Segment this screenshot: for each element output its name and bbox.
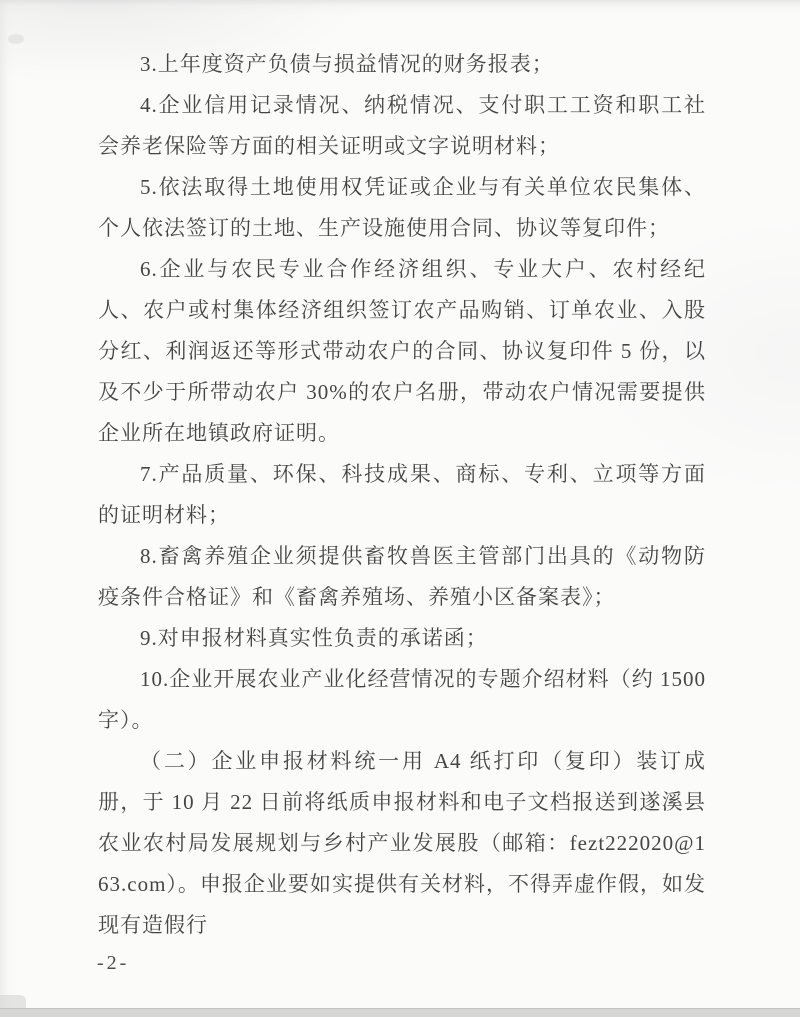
list-item-8: 8.畜禽养殖企业须提供畜牧兽医主管部门出具的《动物防疫条件合格证》和《畜禽养殖场… <box>98 536 706 618</box>
scan-artifact <box>8 34 24 44</box>
document-body: 3.上年度资产负债与损益情况的财务报表； 4.企业信用记录情况、纳税情况、支付职… <box>98 44 706 946</box>
paragraph-section-2: （二）企业申报材料统一用 A4 纸打印（复印）装订成册，于 10 月 22 日前… <box>98 741 706 946</box>
list-item-6: 6.企业与农民专业合作经济组织、专业大户、农村经纪人、农户或村集体经济组织签订农… <box>98 249 706 454</box>
list-item-4: 4.企业信用记录情况、纳税情况、支付职工工资和职工社会养老保险等方面的相关证明或… <box>98 85 706 167</box>
list-item-9: 9.对申报材料真实性负责的承诺函； <box>98 618 706 659</box>
list-item-10: 10.企业开展农业产业化经营情况的专题介绍材料（约 1500 字）。 <box>98 659 706 741</box>
scanned-document-page: 3.上年度资产负债与损益情况的财务报表； 4.企业信用记录情况、纳税情况、支付职… <box>0 0 800 1017</box>
list-item-7: 7.产品质量、环保、科技成果、商标、专利、立项等方面的证明材料； <box>98 454 706 536</box>
page-number: -2- <box>97 952 129 975</box>
scan-edge-bottom <box>0 1008 800 1017</box>
list-item-3: 3.上年度资产负债与损益情况的财务报表； <box>98 44 706 85</box>
list-item-5: 5.依法取得土地使用权凭证或企业与有关单位农民集体、个人依法签订的土地、生产设施… <box>98 167 706 249</box>
scan-artifact <box>0 995 26 1009</box>
